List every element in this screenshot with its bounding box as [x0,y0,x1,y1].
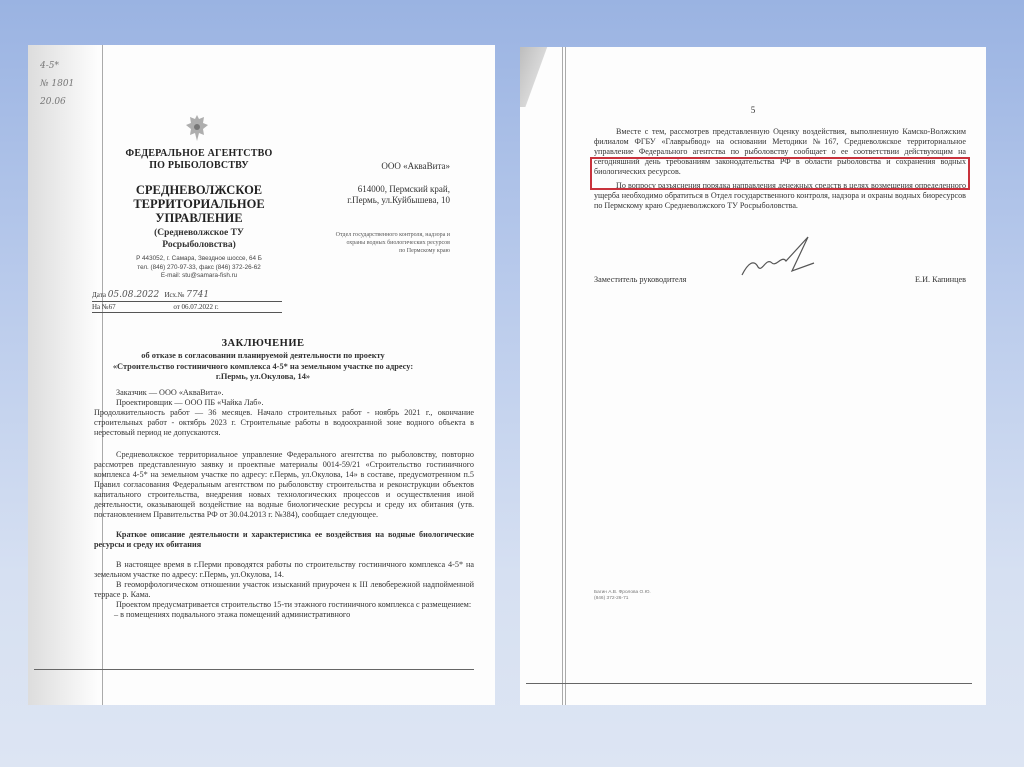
scan-fold-line [565,47,566,705]
document-page-right: 5 Вместе с тем, рассмотрев представленну… [520,47,986,705]
paragraph: Проектировщик — ООО ПБ «Чайка Лаб». [94,398,474,408]
department-block: Отдел государственного контроля, надзора… [290,231,450,255]
unit-name: СРЕДНЕВОЛЖСКОЕ ТЕРРИТОРИАЛЬНОЕ УПРАВЛЕНИ… [124,183,274,225]
executor-info: Багин А.В. Фролова О.Ю. (846) 372-26-71 [594,590,651,602]
registration-line: Дата 05.08.2022 Исх.№ 7741 [92,290,282,302]
contacts-block: Р 443052, г. Самара, Звездное шоссе, 64 … [114,255,284,281]
reference-line: На №67 от 06.07.2022 г. [92,303,282,313]
addressee-company: ООО «АкваВита» [290,161,450,172]
handwritten-note: 4-5* № 1801 20.06 [40,57,74,111]
unit-short-name: (Средневолжское ТУ Росрыболовства) [124,227,274,251]
paragraph: Заказчик — ООО «АкваВита». [94,388,474,398]
scan-edge-line [34,669,474,670]
page-number: 5 [520,105,986,115]
signature-row: Заместитель руководителя Е.И. Капинцев [594,275,966,284]
paragraph: В геоморфологическом отношении участок и… [94,580,474,600]
registration-date: 05.08.2022 [108,290,160,300]
highlight-box [590,157,970,190]
registration-number: 7741 [186,290,209,300]
document-title: ЗАКЛЮЧЕНИЕ [68,338,458,349]
scan-edge-line [526,683,972,684]
paragraph: Проектом предусматривается строительство… [94,600,474,610]
signatory-title: Заместитель руководителя [594,275,686,284]
paragraph: В настоящее время в г.Перми проводятся р… [94,560,474,580]
paragraph: Продолжительность работ — 36 месяцев. На… [94,408,474,438]
scan-fold-line [562,47,563,705]
agency-name: ФЕДЕРАЛЬНОЕ АГЕНТСТВО ПО РЫБОЛОВСТВУ [124,148,274,172]
section-heading: Краткое описание деятельности и характер… [94,530,474,550]
scan-shadow [520,47,558,107]
document-body: Заказчик — ООО «АкваВита». Проектировщик… [94,388,474,620]
addressee-block: ООО «АкваВита» 614000, Пермский край, г.… [290,161,450,206]
paragraph: Средневолжское территориальное управлени… [94,450,474,520]
list-item: – в помещениях подвального этажа помещен… [94,610,474,620]
signatory-name: Е.И. Капинцев [915,275,966,284]
coat-of-arms-icon [184,113,210,143]
document-page-left: 4-5* № 1801 20.06 ФЕДЕРАЛЬНОЕ АГЕНТСТВО … [28,45,495,705]
document-subtitle: об отказе в согласовании планируемой дея… [48,351,478,383]
